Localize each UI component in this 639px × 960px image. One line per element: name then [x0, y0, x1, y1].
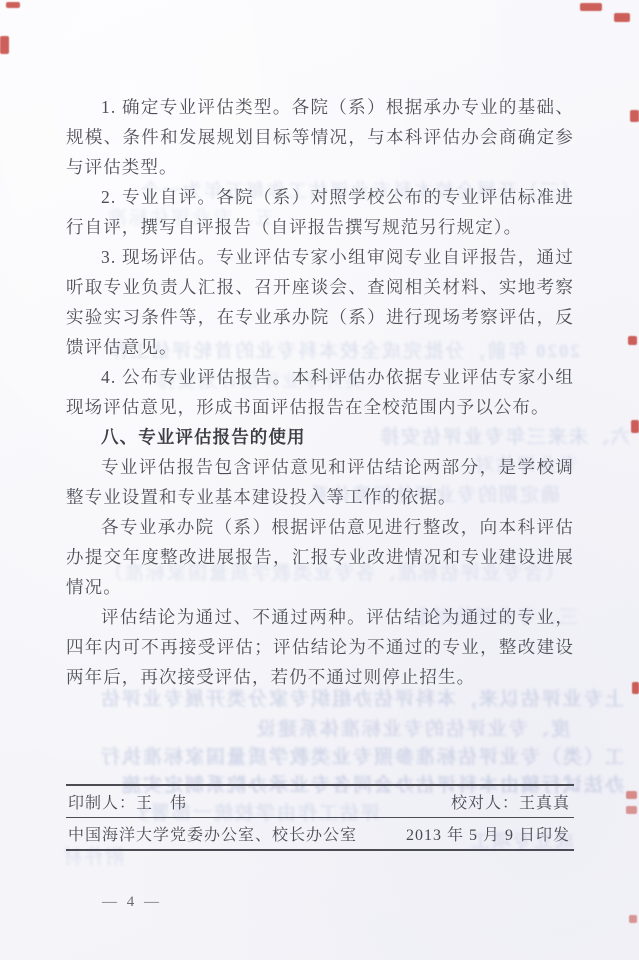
paragraph: 评估结论为通过、不通过两种。评估结论为通过的专业，四年内可不再接受评估；评估结论… [66, 602, 574, 692]
red-edge-mark [632, 682, 639, 694]
proofreader-name: 王真真 [519, 795, 570, 812]
red-edge-mark [0, 36, 9, 54]
red-edge-mark [580, 3, 602, 11]
section-heading: 八、专业评估报告的使用 [66, 422, 574, 452]
page-number: — 4 — [102, 894, 162, 911]
footer-row-names: 印制人：王 伟 校对人：王真真 [66, 786, 574, 817]
red-edge-mark [628, 336, 637, 345]
red-edge-mark [631, 420, 639, 433]
red-edge-mark [6, 2, 20, 8]
printer-name: 王 伟 [136, 795, 187, 812]
bleed-through-text: 工（类）专业评估标准参照专业类教学质量国家标准执行 [64, 742, 624, 769]
paragraph: 各专业承办院（系）根据评估意见进行整改，向本科评估办提交年度整改进展报告，汇报专… [66, 512, 574, 602]
red-edge-mark [629, 915, 637, 923]
document-footer: 印制人：王 伟 校对人：王真真 中国海洋大学党委办公室、校长办公室 2013 年… [66, 784, 574, 851]
red-edge-mark [614, 13, 630, 22]
print-date: 2013 年 5 月 9 日印发 [406, 822, 570, 845]
paragraph: 4. 公布专业评估报告。本科评估办依据专业评估专家小组现场评估意见，形成书面评估… [66, 362, 574, 422]
paragraph: 专业评估报告包含评估意见和评估结论两部分，是学校调整专业设置和专业基本建设投入等… [66, 452, 574, 512]
issuing-offices: 中国海洋大学党委办公室、校长办公室 [68, 822, 357, 845]
document-page: （三）开展全校本科专业评估工作每五年为一个周期五、专业评估标准2020 年前，分… [0, 0, 639, 960]
printer-label: 印制人： [68, 795, 136, 812]
paragraph: 2. 专业自评。各院（系）对照学校公布的专业评估标准进行自评，撰写自评报告（自评… [66, 182, 574, 242]
red-edge-mark [626, 806, 637, 814]
red-edge-mark [626, 791, 637, 799]
red-edge-mark [630, 110, 639, 122]
footer-rule-bottom [66, 849, 574, 851]
proofreader-label: 校对人： [451, 795, 519, 812]
paragraph: 1. 确定专业评估类型。各院（系）根据承办专业的基础、规模、条件和发展规划目标等… [66, 92, 574, 182]
footer-row-issue: 中国海洋大学党委办公室、校长办公室 2013 年 5 月 9 日印发 [66, 818, 574, 849]
bleed-through-text: 度、专业评估的专业标准体系建设 [100, 714, 570, 741]
printer-info: 印制人：王 伟 [68, 790, 187, 813]
document-body: 1. 确定专业评估类型。各院（系）根据承办专业的基础、规模、条件和发展规划目标等… [66, 92, 574, 692]
proofreader-info: 校对人：王真真 [451, 790, 570, 813]
paragraph: 3. 现场评估。专业评估专家小组审阅专业自评报告，通过听取专业负责人汇报、召开座… [66, 242, 574, 362]
